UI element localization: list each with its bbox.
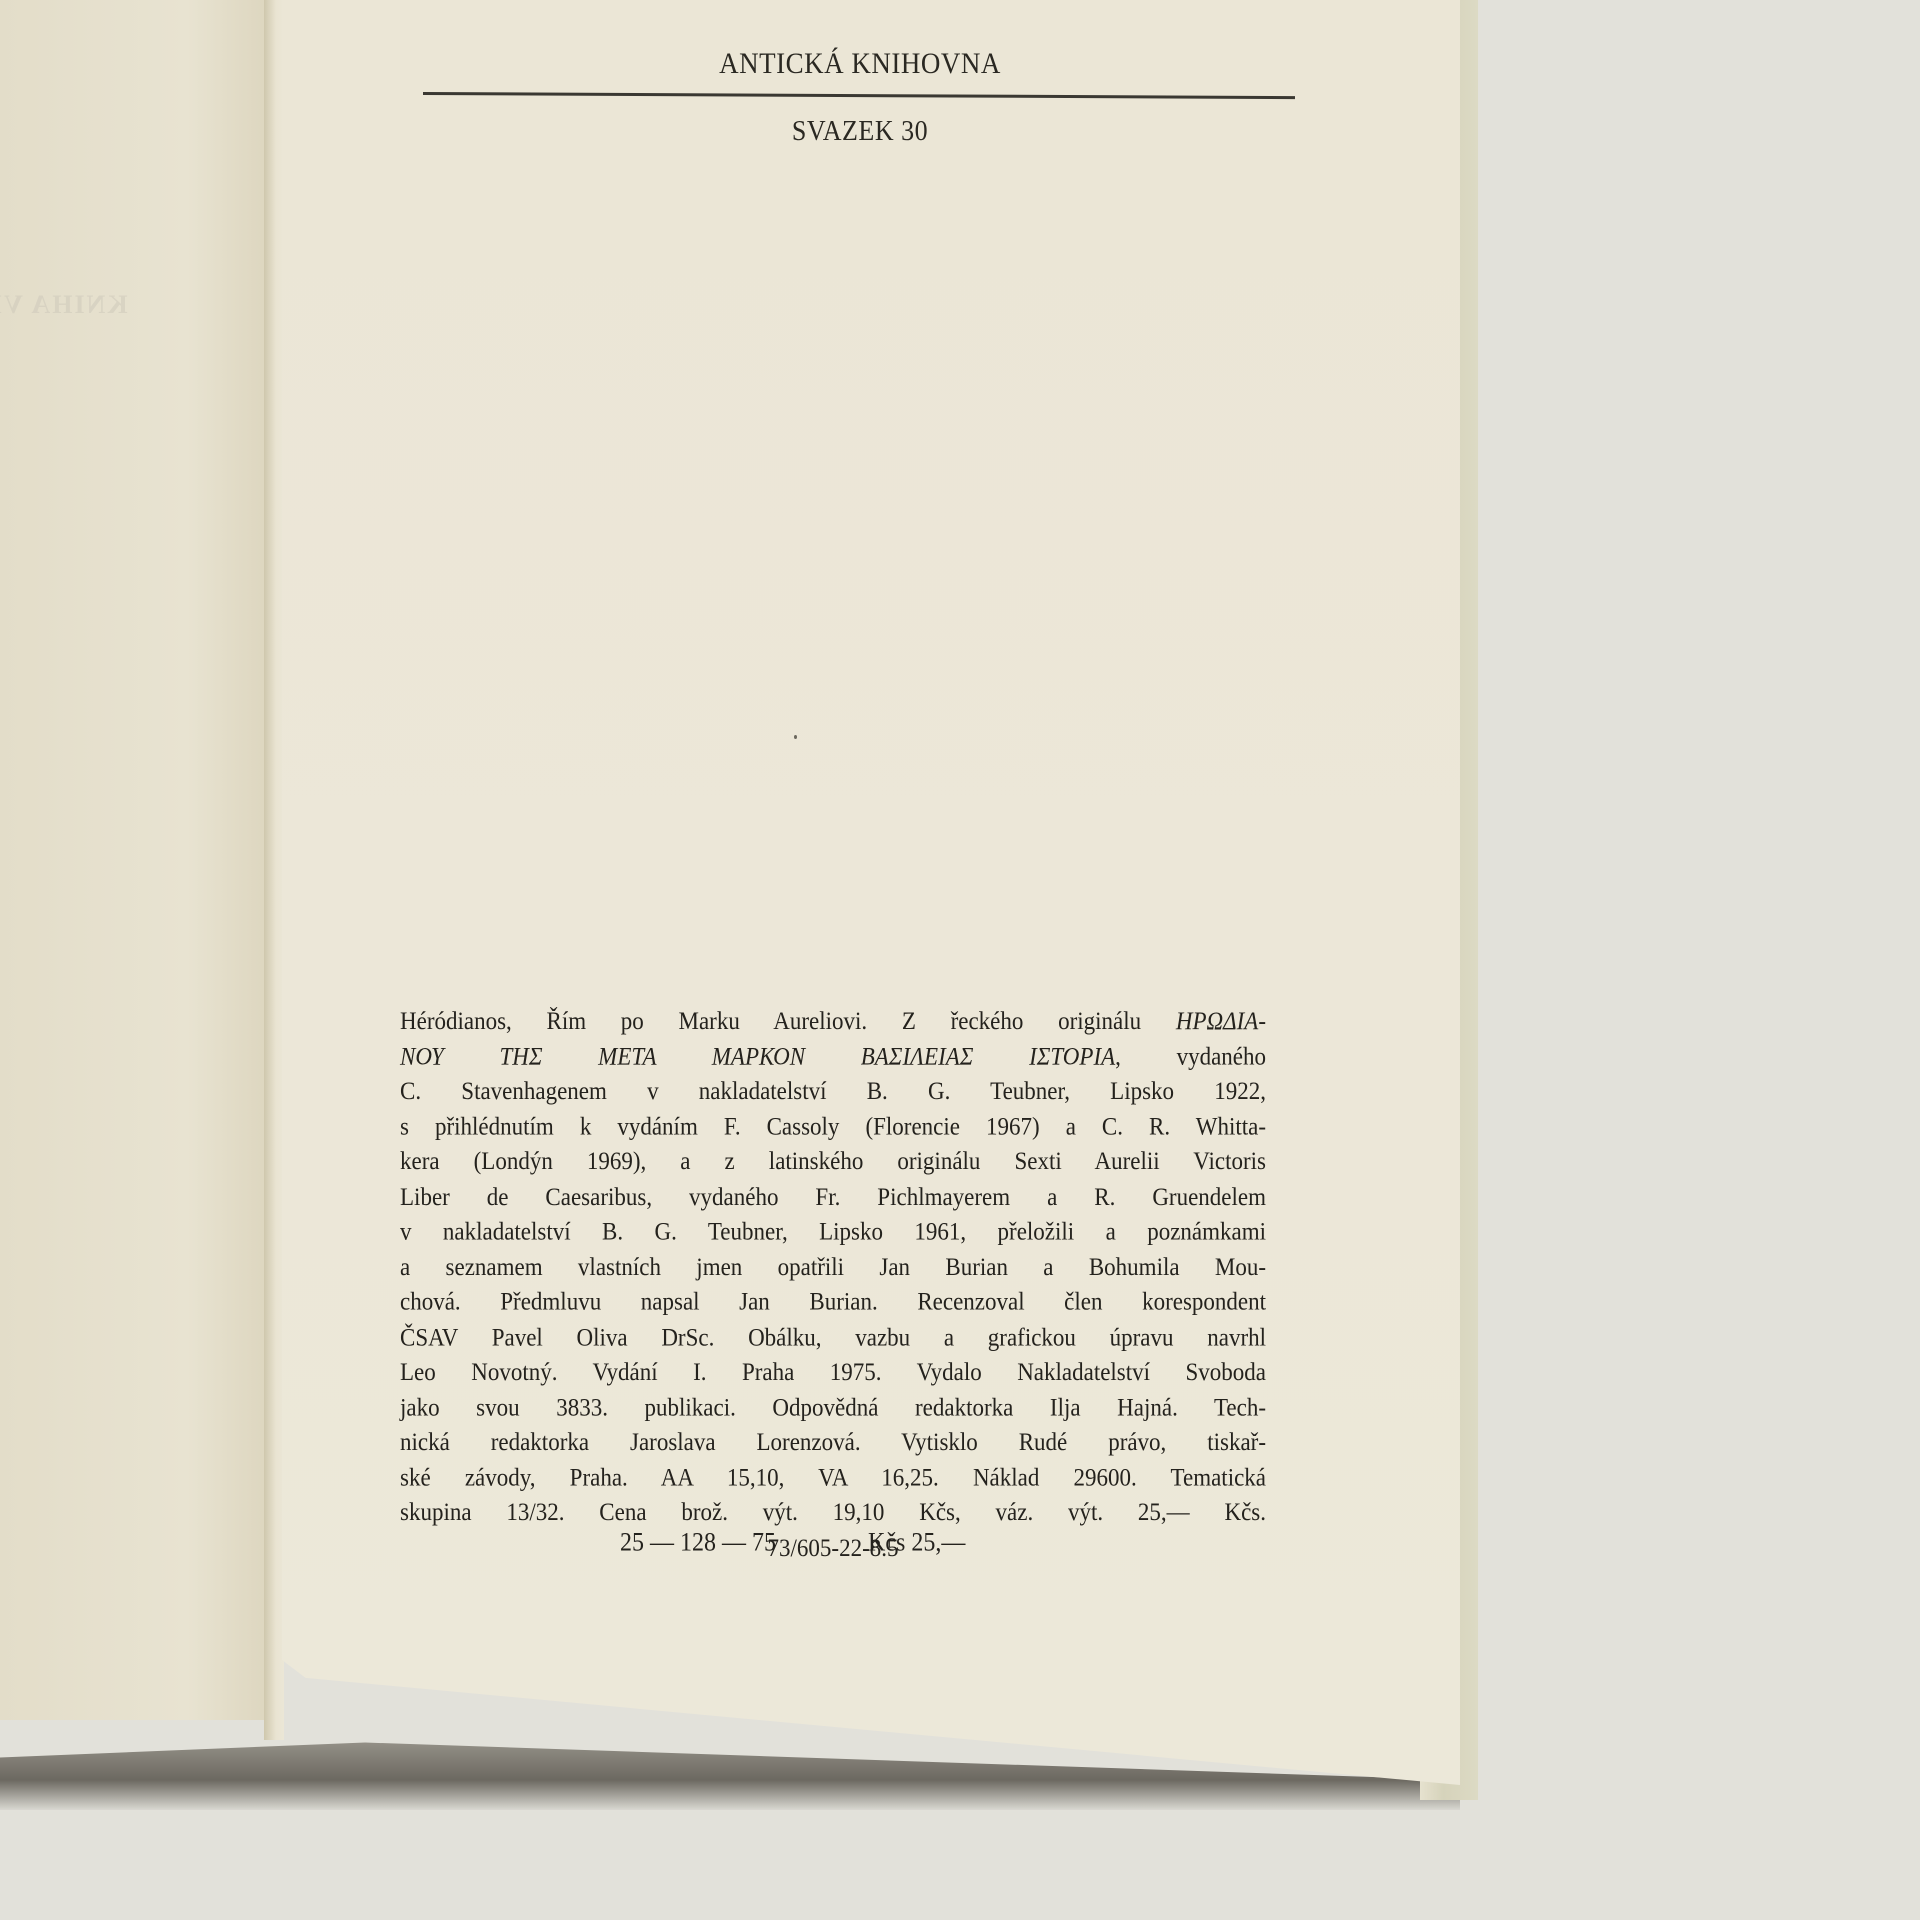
page-content: ANTICKÁ KNIHOVNA SVAZEK 30 Héródianos, Ř… — [0, 0, 1920, 1920]
colophon-line: chová. Předmluvu napsal Jan Burian. Rece… — [400, 1285, 1266, 1320]
header-rule — [423, 92, 1295, 99]
greek-title: ΗΡΩΔΙΑ- — [1176, 1007, 1266, 1034]
colophon-line: nická redaktorka Jaroslava Lorenzová. Vy… — [400, 1425, 1266, 1460]
price: Kčs 25,— — [868, 1529, 965, 1558]
colophon-line: Liber de Caesaribus, vydaného Fr. Pichlm… — [400, 1180, 1266, 1215]
colophon-line: a seznamem vlastních jmen opatřili Jan B… — [400, 1250, 1266, 1285]
colophon: Héródianos, Řím po Marku Aureliovi. Z ře… — [400, 1004, 1266, 1566]
print-code: 25 — 128 — 75 — [620, 1529, 776, 1558]
colophon-line: Leo Novotný. Vydání I. Praha 1975. Vydal… — [400, 1355, 1266, 1390]
series-title: ANTICKÁ KNIHOVNA — [700, 46, 1020, 80]
colophon-line: s přihlédnutím k vydáním F. Cassoly (Flo… — [400, 1109, 1266, 1144]
price-row: 25 — 128 — 75 Kčs 25,— — [620, 1529, 965, 1558]
colophon-line: ΝΟΥ ΤΗΣ ΜΕΤΑ ΜΑΡΚΟΝ ΒΑΣΙΛΕΙΑΣ ΙΣΤΟΡΙΑ, v… — [400, 1039, 1266, 1074]
colophon-line: ČSAV Pavel Oliva DrSc. Obálku, vazbu a g… — [400, 1320, 1266, 1355]
colophon-line: C. Stavenhagenem v nakladatelství B. G. … — [400, 1074, 1266, 1109]
colophon-line: skupina 13/32. Cena brož. výt. 19,10 Kčs… — [400, 1495, 1266, 1530]
colophon-line: v nakladatelství B. G. Teubner, Lipsko 1… — [400, 1215, 1266, 1250]
volume-number: SVAZEK 30 — [700, 115, 1020, 148]
greek-title: ΝΟΥ ΤΗΣ ΜΕΤΑ ΜΑΡΚΟΝ ΒΑΣΙΛΕΙΑΣ ΙΣΤΟΡΙΑ — [400, 1042, 1115, 1069]
colophon-line: jako svou 3833. publikaci. Odpovědná red… — [400, 1390, 1266, 1425]
colophon-line: ské závody, Praha. AA 15,10, VA 16,25. N… — [400, 1460, 1266, 1495]
colophon-line: Héródianos, Řím po Marku Aureliovi. Z ře… — [400, 1004, 1266, 1039]
paper-speck — [794, 735, 797, 739]
colophon-line: kera (Londýn 1969), a z latinského origi… — [400, 1144, 1266, 1179]
